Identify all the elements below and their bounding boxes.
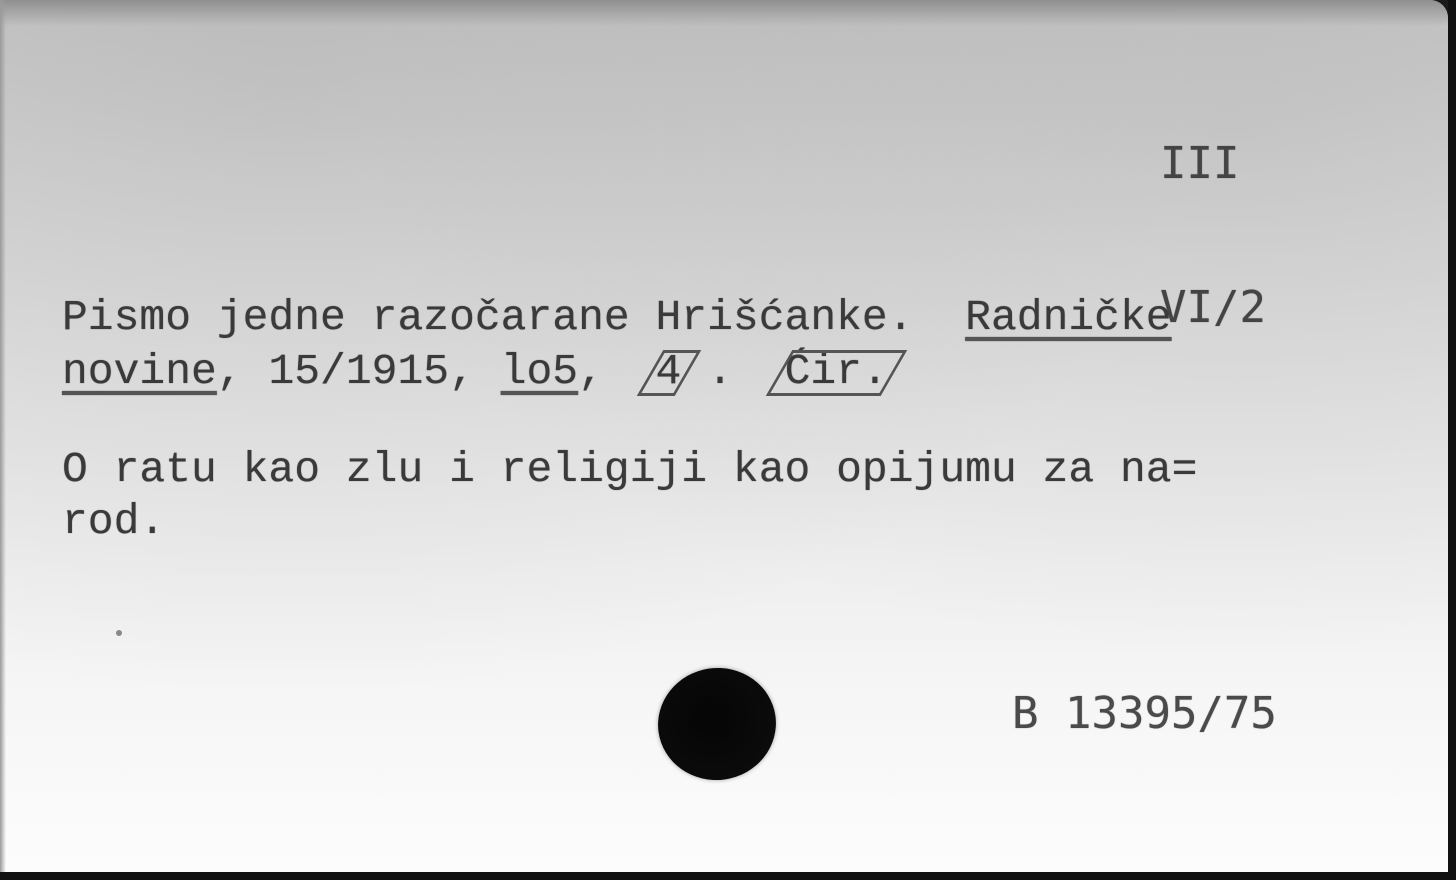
citation-line-1: Pismo jedne razočarane Hrišćanke. Radnič…	[62, 292, 1172, 344]
summary-line-2: rod.	[62, 496, 165, 548]
card-top-shadow	[0, 0, 1448, 26]
script-note: Ćir.	[785, 346, 888, 398]
scan-border-right	[1448, 0, 1456, 880]
citation-line-2: novine, 15/1915, lo5, 4 . Ćir.	[62, 346, 888, 398]
page-number: lo5	[501, 347, 578, 396]
call-number: B 13395/75	[1012, 690, 1277, 738]
newspaper-name-part-2: novine	[62, 347, 217, 396]
box-number-value: 4	[656, 347, 682, 396]
dot-separator: .	[707, 347, 733, 396]
classification-line-2: VI/2	[1160, 284, 1266, 332]
ink-speck	[116, 630, 122, 636]
punch-hole	[651, 660, 783, 787]
scan-border-bottom	[0, 872, 1456, 880]
classification-line-1: III	[1160, 140, 1266, 188]
article-title: Pismo jedne razočarane Hrišćanke.	[62, 293, 914, 342]
box-number: 4	[656, 346, 682, 398]
classification-code: III VI/2	[1160, 44, 1266, 428]
script-note-value: Ćir.	[785, 347, 888, 396]
card-left-edge	[0, 0, 6, 872]
issue-number: 15/1915,	[268, 347, 474, 396]
newspaper-name-part-1: Radničke	[965, 293, 1171, 342]
catalog-card: III VI/2 Pismo jedne razočarane Hrišćank…	[0, 0, 1448, 872]
page-separator: ,	[578, 347, 604, 396]
summary-line-1: O ratu kao zlu i religiji kao opijumu za…	[62, 444, 1197, 496]
